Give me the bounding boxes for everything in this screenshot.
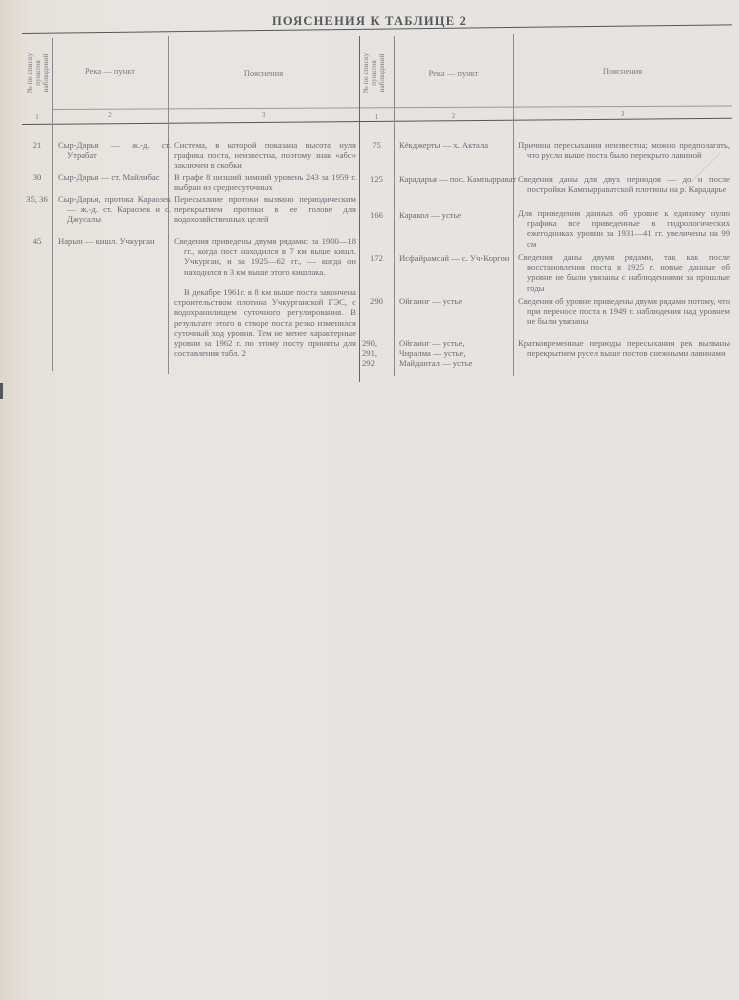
header-num1-left: 1 bbox=[22, 113, 52, 121]
page-title: ПОЯСНЕНИЯ К ТАБЛИЦЕ 2 bbox=[0, 14, 739, 29]
row-note-continued: В декабре 1961г. в 8 км выше поста закон… bbox=[174, 287, 356, 358]
row-number: 21 bbox=[22, 140, 52, 150]
header-num3-left: 3 bbox=[168, 111, 359, 119]
header-col2-left: Река — пункт bbox=[52, 66, 168, 76]
row-river: Ойгаинг — устье bbox=[399, 296, 511, 306]
header-col1-left: № по списку пунктов наблюдений bbox=[26, 40, 50, 106]
header-col3-right: Пояснения bbox=[513, 66, 732, 76]
col-divider bbox=[359, 36, 360, 382]
row-river: Карадарья — пос. Кампыррават bbox=[399, 174, 518, 184]
row-river: Кёкджерты — х. Актала bbox=[399, 140, 511, 150]
col-divider bbox=[513, 34, 514, 376]
row-note: Пересыхание протоки вызвано периодически… bbox=[174, 194, 356, 225]
row-number: 166 bbox=[359, 210, 394, 220]
header-num3-right: 3 bbox=[513, 110, 732, 118]
col-divider bbox=[52, 38, 53, 371]
row-river: Сыр-Дарья — ст. Майлибас bbox=[58, 172, 171, 182]
row-river: Исфайрамсай — с. Уч-Коргон bbox=[399, 253, 518, 263]
row-note: Сведения даны для двух периодов — до и п… bbox=[518, 174, 730, 194]
river-item: Чиралма — устье, bbox=[399, 348, 511, 358]
row-river-list: Ойгаинг — устье, Чиралма — устье, Майдан… bbox=[399, 338, 511, 369]
row-river: Сыр-Дарья — ж.-д. ст. Утрабат bbox=[58, 140, 171, 160]
row-note: Сведения об уровне приведены двумя рядам… bbox=[518, 296, 730, 327]
scanned-page: ПОЯСНЕНИЯ К ТАБЛИЦЕ 2 № по списку пункто… bbox=[0, 0, 739, 1000]
header-col3-left: Пояснения bbox=[168, 68, 359, 78]
river-item: Ойгаинг — устье, bbox=[399, 338, 511, 348]
header-num1-right: 1 bbox=[359, 113, 394, 121]
row-note: Причина пересыхания неизвестна; можно пр… bbox=[518, 140, 730, 160]
header-col1-right: № по списку пунктов наблюдений bbox=[362, 40, 386, 106]
row-note: Сведения даны двумя рядами, так как посл… bbox=[518, 252, 730, 293]
row-number: 35, 36 bbox=[20, 194, 54, 204]
row-number: 75 bbox=[359, 140, 394, 150]
river-item: Майдантал — устье bbox=[399, 358, 511, 368]
row-number: 290 bbox=[359, 296, 394, 306]
row-note: Система, в которой показана высота нуля … bbox=[174, 140, 356, 171]
header-col2-right: Река — пункт bbox=[394, 68, 513, 78]
header-num2-right: 2 bbox=[394, 112, 513, 120]
row-note: Для приведения данных об уровне к едином… bbox=[518, 208, 730, 249]
col-divider bbox=[394, 36, 395, 376]
row-note: В графе 8 низший зимний уровень 243 за 1… bbox=[174, 172, 356, 192]
header-num2-left: 2 bbox=[52, 111, 168, 119]
row-note: Сведения приведены двумя рядами: за 1900… bbox=[174, 236, 356, 277]
row-note: Кратковременные периоды пересыхания рек … bbox=[518, 338, 730, 358]
row-river: Нарын — кишл. Учкурган bbox=[58, 236, 171, 246]
row-number: 125 bbox=[359, 174, 394, 184]
row-river: Сыр-Дарья, протока Караозек — ж.-д. ст. … bbox=[58, 194, 171, 225]
row-number: 172 bbox=[359, 253, 394, 263]
row-number: 30 bbox=[22, 172, 52, 182]
page-edge-mark bbox=[0, 383, 3, 399]
row-river: Каракол — устье bbox=[399, 210, 511, 220]
row-number: 45 bbox=[22, 236, 52, 246]
row-number: 290, 291, 292 bbox=[362, 338, 386, 369]
